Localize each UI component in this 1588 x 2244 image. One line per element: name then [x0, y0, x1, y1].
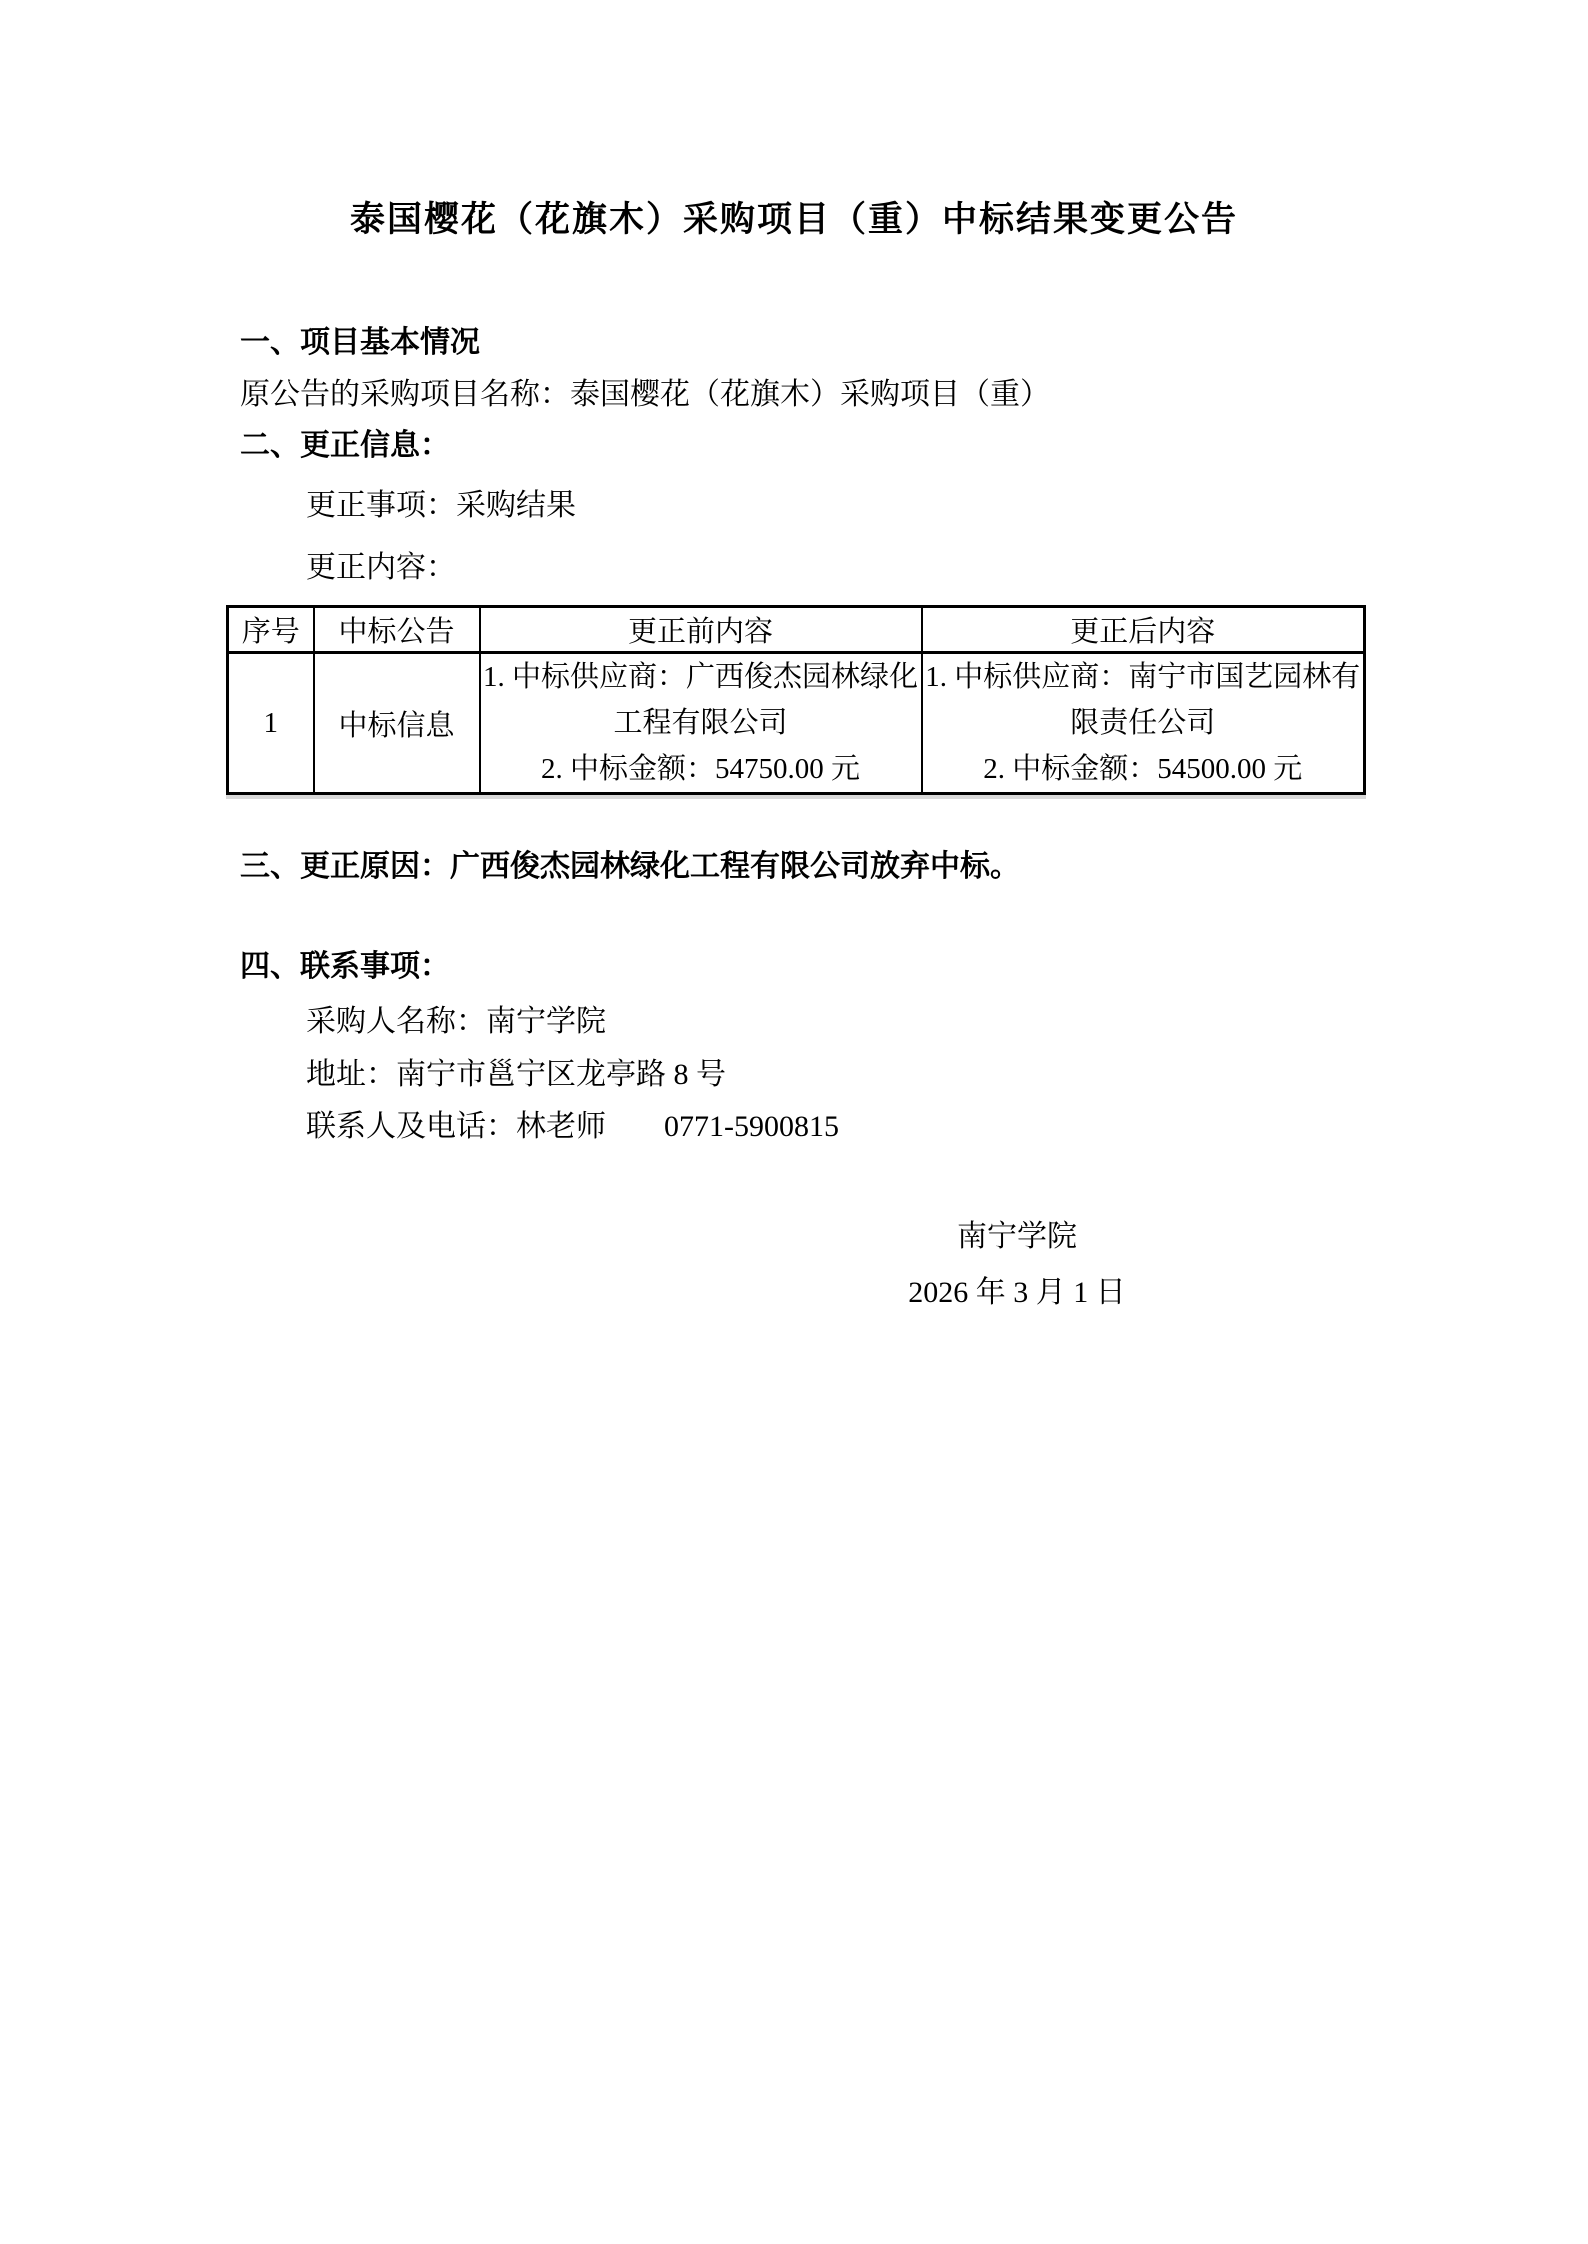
after-line-1: 1. 中标供应商：南宁市国艺园林有	[923, 654, 1364, 700]
before-line-2: 工程有限公司	[481, 700, 921, 746]
correction-content-label: 更正内容：	[306, 551, 456, 585]
contact-person-label: 联系人及电话：林老师	[306, 1110, 606, 1143]
section-1-heading: 一、项目基本情况	[240, 326, 480, 360]
section-4-heading: 四、联系事项：	[240, 950, 450, 984]
section-3-heading: 三、更正原因：广西俊杰园林绿化工程有限公司放弃中标。	[240, 850, 1020, 884]
page-title: 泰国樱花（花旗木）采购项目（重）中标结果变更公告	[0, 200, 1588, 240]
table-header-row: 序号 中标公告 更正前内容 更正后内容	[228, 607, 1365, 653]
correction-table: 序号 中标公告 更正前内容 更正后内容 1 中标信息 1. 中标供应商：广西俊杰…	[226, 605, 1366, 795]
cell-before-content: 1. 中标供应商：广西俊杰园林绿化 工程有限公司 2. 中标金额：54750.0…	[480, 653, 922, 794]
address-line: 地址：南宁市邕宁区龙亭路 8 号	[306, 1058, 726, 1092]
contact-line: 联系人及电话：林老师0771-5900815	[306, 1110, 839, 1144]
original-project-name-line: 原公告的采购项目名称：泰国樱花（花旗木）采购项目（重）	[240, 378, 1050, 412]
after-line-2: 限责任公司	[923, 700, 1364, 746]
correction-item-line: 更正事项：采购结果	[306, 489, 576, 523]
cell-seq: 1	[228, 653, 314, 794]
before-line-1: 1. 中标供应商：广西俊杰园林绿化	[481, 654, 921, 700]
table-row: 1 中标信息 1. 中标供应商：广西俊杰园林绿化 工程有限公司 2. 中标金额：…	[228, 653, 1365, 794]
col-header-before: 更正前内容	[480, 607, 922, 653]
contact-phone: 0771-5900815	[664, 1110, 839, 1143]
purchaser-name-line: 采购人名称：南宁学院	[306, 1005, 606, 1039]
signature-date: 2026 年 3 月 1 日	[852, 1276, 1182, 1310]
before-line-3: 2. 中标金额：54750.00 元	[481, 746, 921, 792]
col-header-announcement: 中标公告	[314, 607, 480, 653]
cell-after-content: 1. 中标供应商：南宁市国艺园林有 限责任公司 2. 中标金额：54500.00…	[922, 653, 1365, 794]
cell-category: 中标信息	[314, 653, 480, 794]
col-header-seq: 序号	[228, 607, 314, 653]
signature-block: 南宁学院 2026 年 3 月 1 日	[852, 1220, 1182, 1310]
signature-organization: 南宁学院	[852, 1220, 1182, 1254]
document-page: 泰国樱花（花旗木）采购项目（重）中标结果变更公告 一、项目基本情况 原公告的采购…	[0, 0, 1588, 2244]
section-2-heading: 二、更正信息：	[240, 429, 450, 463]
col-header-after: 更正后内容	[922, 607, 1365, 653]
after-line-3: 2. 中标金额：54500.00 元	[923, 746, 1364, 792]
